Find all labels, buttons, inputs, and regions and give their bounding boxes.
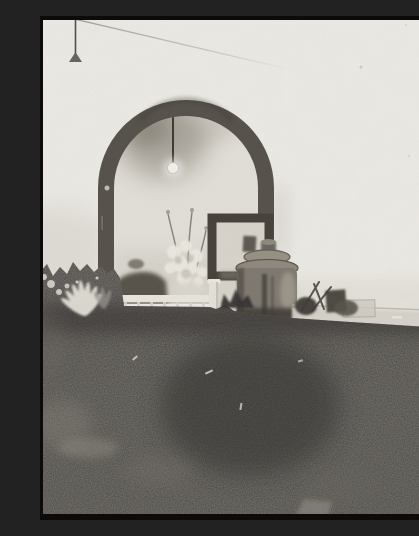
border-left [40,16,43,520]
border-bottom [40,514,419,520]
film-grain-overlay [40,16,419,520]
border-top [40,16,419,20]
photograph [40,16,419,520]
photo-canvas [40,16,419,520]
